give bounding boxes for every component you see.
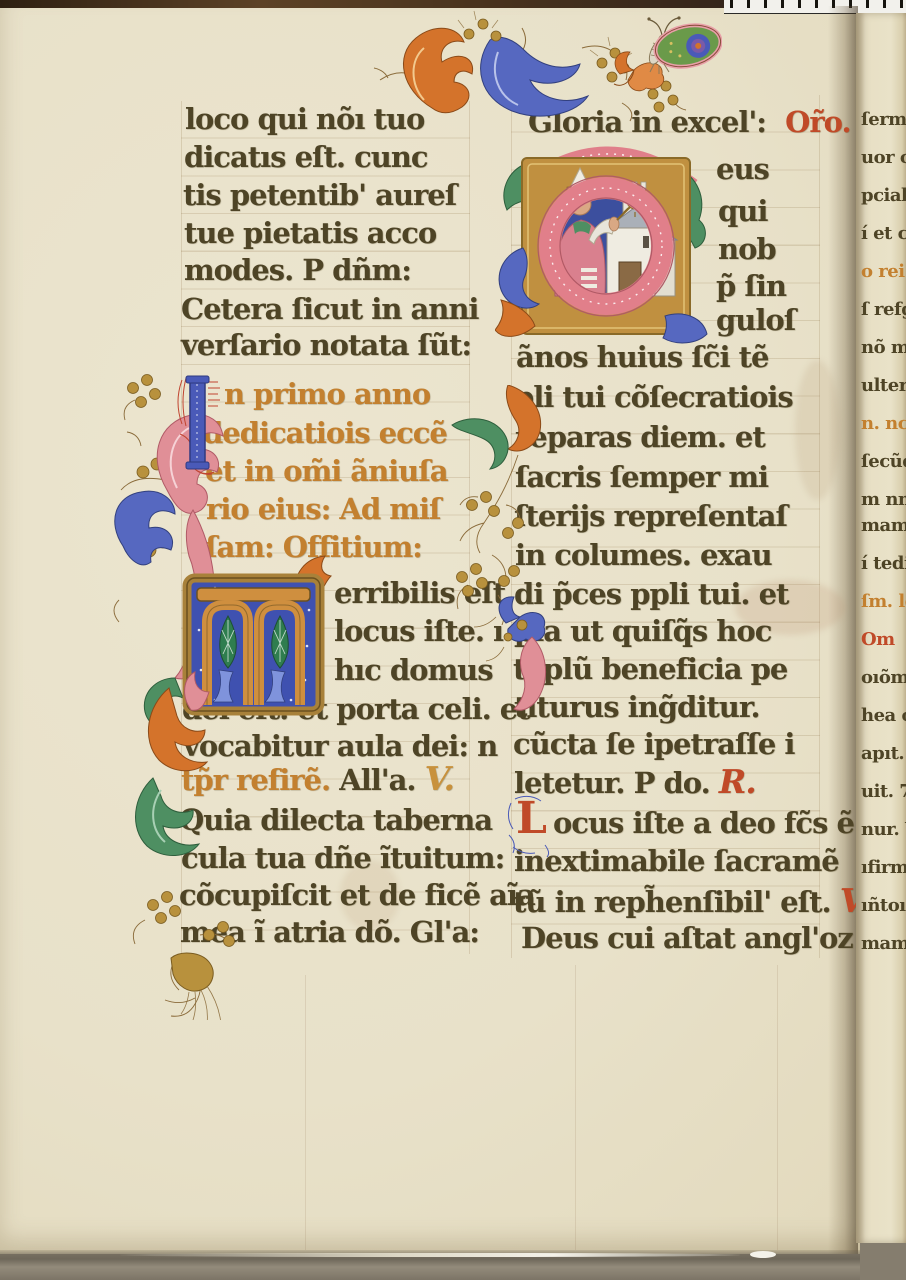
facing-page-edge: ſerm uor c pcial í et cõ o rei ſ refg nõ…: [856, 13, 906, 1243]
text-line: Cetera ſicut in anni: [181, 290, 478, 328]
gutter-shadow: [828, 6, 858, 1254]
mixed-line: Locus iſte a deo fc̃s ẽ: [516, 800, 854, 838]
facing-text-fragment: í et cõ: [861, 219, 906, 249]
green-scroll: [136, 778, 199, 856]
facing-text-fragment: í tedit: [861, 549, 906, 579]
initial-D-bishop: [495, 128, 715, 348]
gold-tail: [171, 953, 213, 991]
pink-curl: [514, 637, 546, 710]
initial-I-penwork: [172, 370, 222, 482]
text-line: modes. P dñm:: [184, 251, 411, 289]
text-fragment: All'a.: [330, 763, 425, 797]
facing-text-fragment: nõ m: [861, 333, 906, 363]
facing-text-fragment: o rei: [861, 257, 905, 287]
fold-line: [575, 965, 576, 1250]
facing-text-fragment: apıt. et: [861, 739, 906, 769]
facing-text-fragment: mam: [861, 511, 906, 541]
facing-text-fragment: uit. 7 p: [861, 777, 906, 807]
text-line: cũcta ſe ipetraſſe i: [513, 725, 794, 763]
text-line: eus: [716, 150, 769, 188]
text-line: dicatıs eſt. cunc: [184, 138, 428, 176]
green-curl: [452, 419, 508, 469]
versicle-mark: V.: [425, 759, 454, 798]
text-line: p̃ ſin: [716, 267, 786, 305]
facing-text-fragment: ſm. lc: [861, 587, 906, 617]
binding-edge-top: [0, 0, 742, 8]
facing-text-fragment: ſerm: [861, 105, 906, 135]
blue-penwork: [508, 796, 548, 857]
orange-tip: [506, 385, 540, 451]
initial-L-penwork: [505, 795, 557, 857]
facing-text-fragment: n. ncc: [861, 409, 906, 439]
text-fragment: tũ in reph̃enſibil' eſt.: [513, 885, 840, 919]
text-fragment: ocus iſte a deo fc̃s ẽ: [553, 806, 854, 840]
page-edge-tear: [750, 1251, 776, 1258]
initial-T-peacock: [175, 550, 350, 725]
facing-text-fragment: ſecũdã: [861, 447, 906, 477]
text-line: qui: [718, 192, 767, 230]
blue-acanthus: [115, 491, 175, 565]
parchment-stain: [795, 360, 840, 500]
blue-leaf-br: [663, 314, 707, 343]
manuscript-photo: { "page": { "kind": "illuminated missal …: [0, 0, 906, 1280]
text-line: Deus cui aſtat angl'oz: [521, 919, 853, 957]
blue-acanthus: [481, 37, 588, 116]
fold-line: [305, 975, 306, 1250]
top-acanthus-spray: [372, 8, 722, 123]
page-bottom-highlight: [120, 1253, 740, 1257]
rubric-oratio: Or̃o.: [785, 105, 850, 139]
facing-text-fragment: ſ refg: [861, 295, 906, 325]
facing-text-fragment: ıfirmıt: [861, 853, 906, 883]
text-line: nob: [718, 230, 776, 268]
gold-bezants: [457, 492, 524, 597]
scale-bar: [724, 0, 906, 14]
facing-text-fragment: mam pet: [861, 929, 906, 959]
mid-bezant-spray: [448, 385, 563, 715]
facing-text-fragment: uor c: [861, 143, 906, 173]
facing-text-fragment: ulterı: [861, 371, 906, 401]
response-mark: R.: [719, 762, 756, 801]
text-line: tue pietatis acco: [184, 214, 436, 252]
facing-text-fragment: pcial: [861, 181, 906, 211]
mixed-line: tũ in reph̃enſibil' eſt. V.: [513, 882, 869, 920]
facing-text-fragment: hea oni: [861, 701, 906, 731]
facing-text-fragment: oıõm: [861, 663, 906, 693]
facing-text-fragment: nur. V.: [861, 815, 906, 845]
text-line: inextimabile ſacramẽ: [514, 842, 839, 880]
blue-flower: [499, 597, 545, 642]
facing-text-fragment: Om: [861, 625, 895, 655]
facing-text-fragment: ıñtoıe: [861, 891, 906, 921]
text-line: guloſ: [716, 301, 795, 339]
text-line: verſario notata ſũt:: [181, 326, 471, 364]
fold-line: [777, 965, 778, 1250]
text-line: tis petentib' aureſ: [183, 176, 456, 214]
